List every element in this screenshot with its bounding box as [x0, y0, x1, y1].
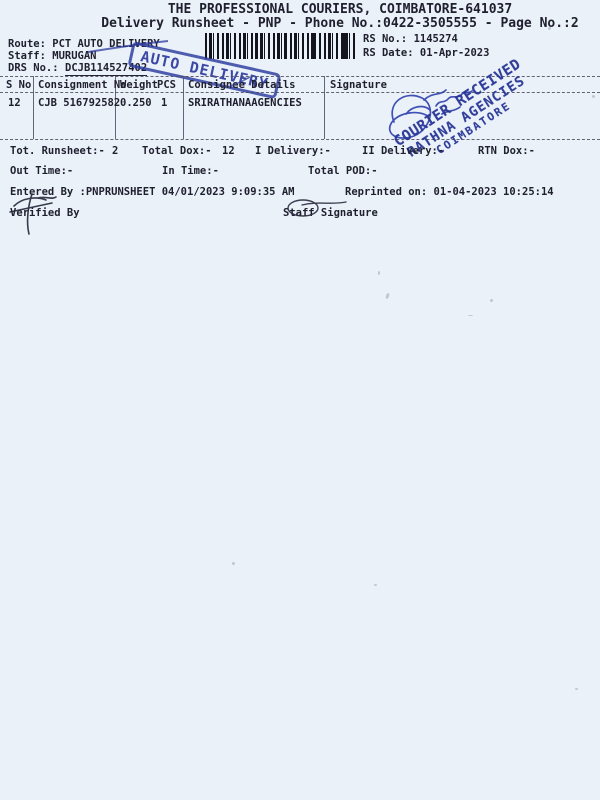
- verified-by-signature-scribble: [2, 190, 64, 236]
- company-title: THE PROFESSIONAL COURIERS, COIMBATORE-64…: [80, 4, 600, 16]
- total-pod-label: Total POD:-: [308, 165, 378, 177]
- scanned-delivery-runsheet: THE PROFESSIONAL COURIERS, COIMBATORE-64…: [0, 0, 600, 800]
- col-header-weight: Weight: [120, 79, 158, 91]
- barcode: [205, 33, 355, 59]
- row-weight: 0.250: [120, 97, 152, 109]
- scan-speck: [374, 584, 377, 586]
- scan-speck: [385, 293, 390, 300]
- tot-runsheet-value: 2: [112, 145, 118, 157]
- rs-number: RS No.: 1145274: [363, 33, 458, 45]
- i-delivery-label: I Delivery:-: [255, 145, 331, 157]
- scan-speck: [232, 562, 235, 565]
- row-pcs: 1: [161, 97, 167, 109]
- scan-speck: [548, 27, 551, 30]
- table-bottom-rule: [0, 139, 600, 140]
- drs-label: DRS No.:: [8, 62, 59, 74]
- scan-speck: [468, 315, 473, 316]
- out-time-label: Out Time:-: [10, 165, 73, 177]
- reprinted-on-line: Reprinted on: 01-04-2023 10:25:14: [345, 186, 554, 198]
- col-header-sno: S No: [6, 79, 31, 91]
- ii-delivery-label: II Delivery:-: [362, 145, 444, 157]
- scan-speck: [490, 299, 493, 302]
- runsheet-subtitle: Delivery Runsheet - PNP - Phone No.:0422…: [80, 18, 600, 30]
- scan-speck: [592, 95, 595, 98]
- col-divider: [33, 76, 34, 139]
- total-dox-value: 12: [222, 145, 235, 157]
- scan-speck: [378, 271, 380, 275]
- pen-stroke: [86, 38, 172, 56]
- rtn-dox-label: RTN Dox:-: [478, 145, 535, 157]
- total-dox-label: Total Dox:-: [142, 145, 212, 157]
- row-sno: 12: [8, 97, 21, 109]
- staff-line: Staff: MURUGAN: [8, 50, 97, 62]
- col-header-consignment: Consignment No: [38, 79, 127, 91]
- tot-runsheet-label: Tot. Runsheet:-: [10, 145, 105, 157]
- row-consignee: SRIRATHANAAGENCIES: [188, 97, 302, 109]
- col-divider: [324, 76, 325, 139]
- scan-speck: [575, 688, 578, 690]
- pen-tick: [228, 76, 252, 88]
- col-header-pcs: PCS: [157, 79, 176, 91]
- in-time-label: In Time:-: [162, 165, 219, 177]
- staff-signature-scribble: [262, 196, 348, 218]
- rs-date: RS Date: 01-Apr-2023: [363, 47, 489, 59]
- col-divider: [183, 76, 184, 139]
- scan-speck: [28, 58, 30, 60]
- row-consignment: CJB 516792582: [38, 97, 120, 109]
